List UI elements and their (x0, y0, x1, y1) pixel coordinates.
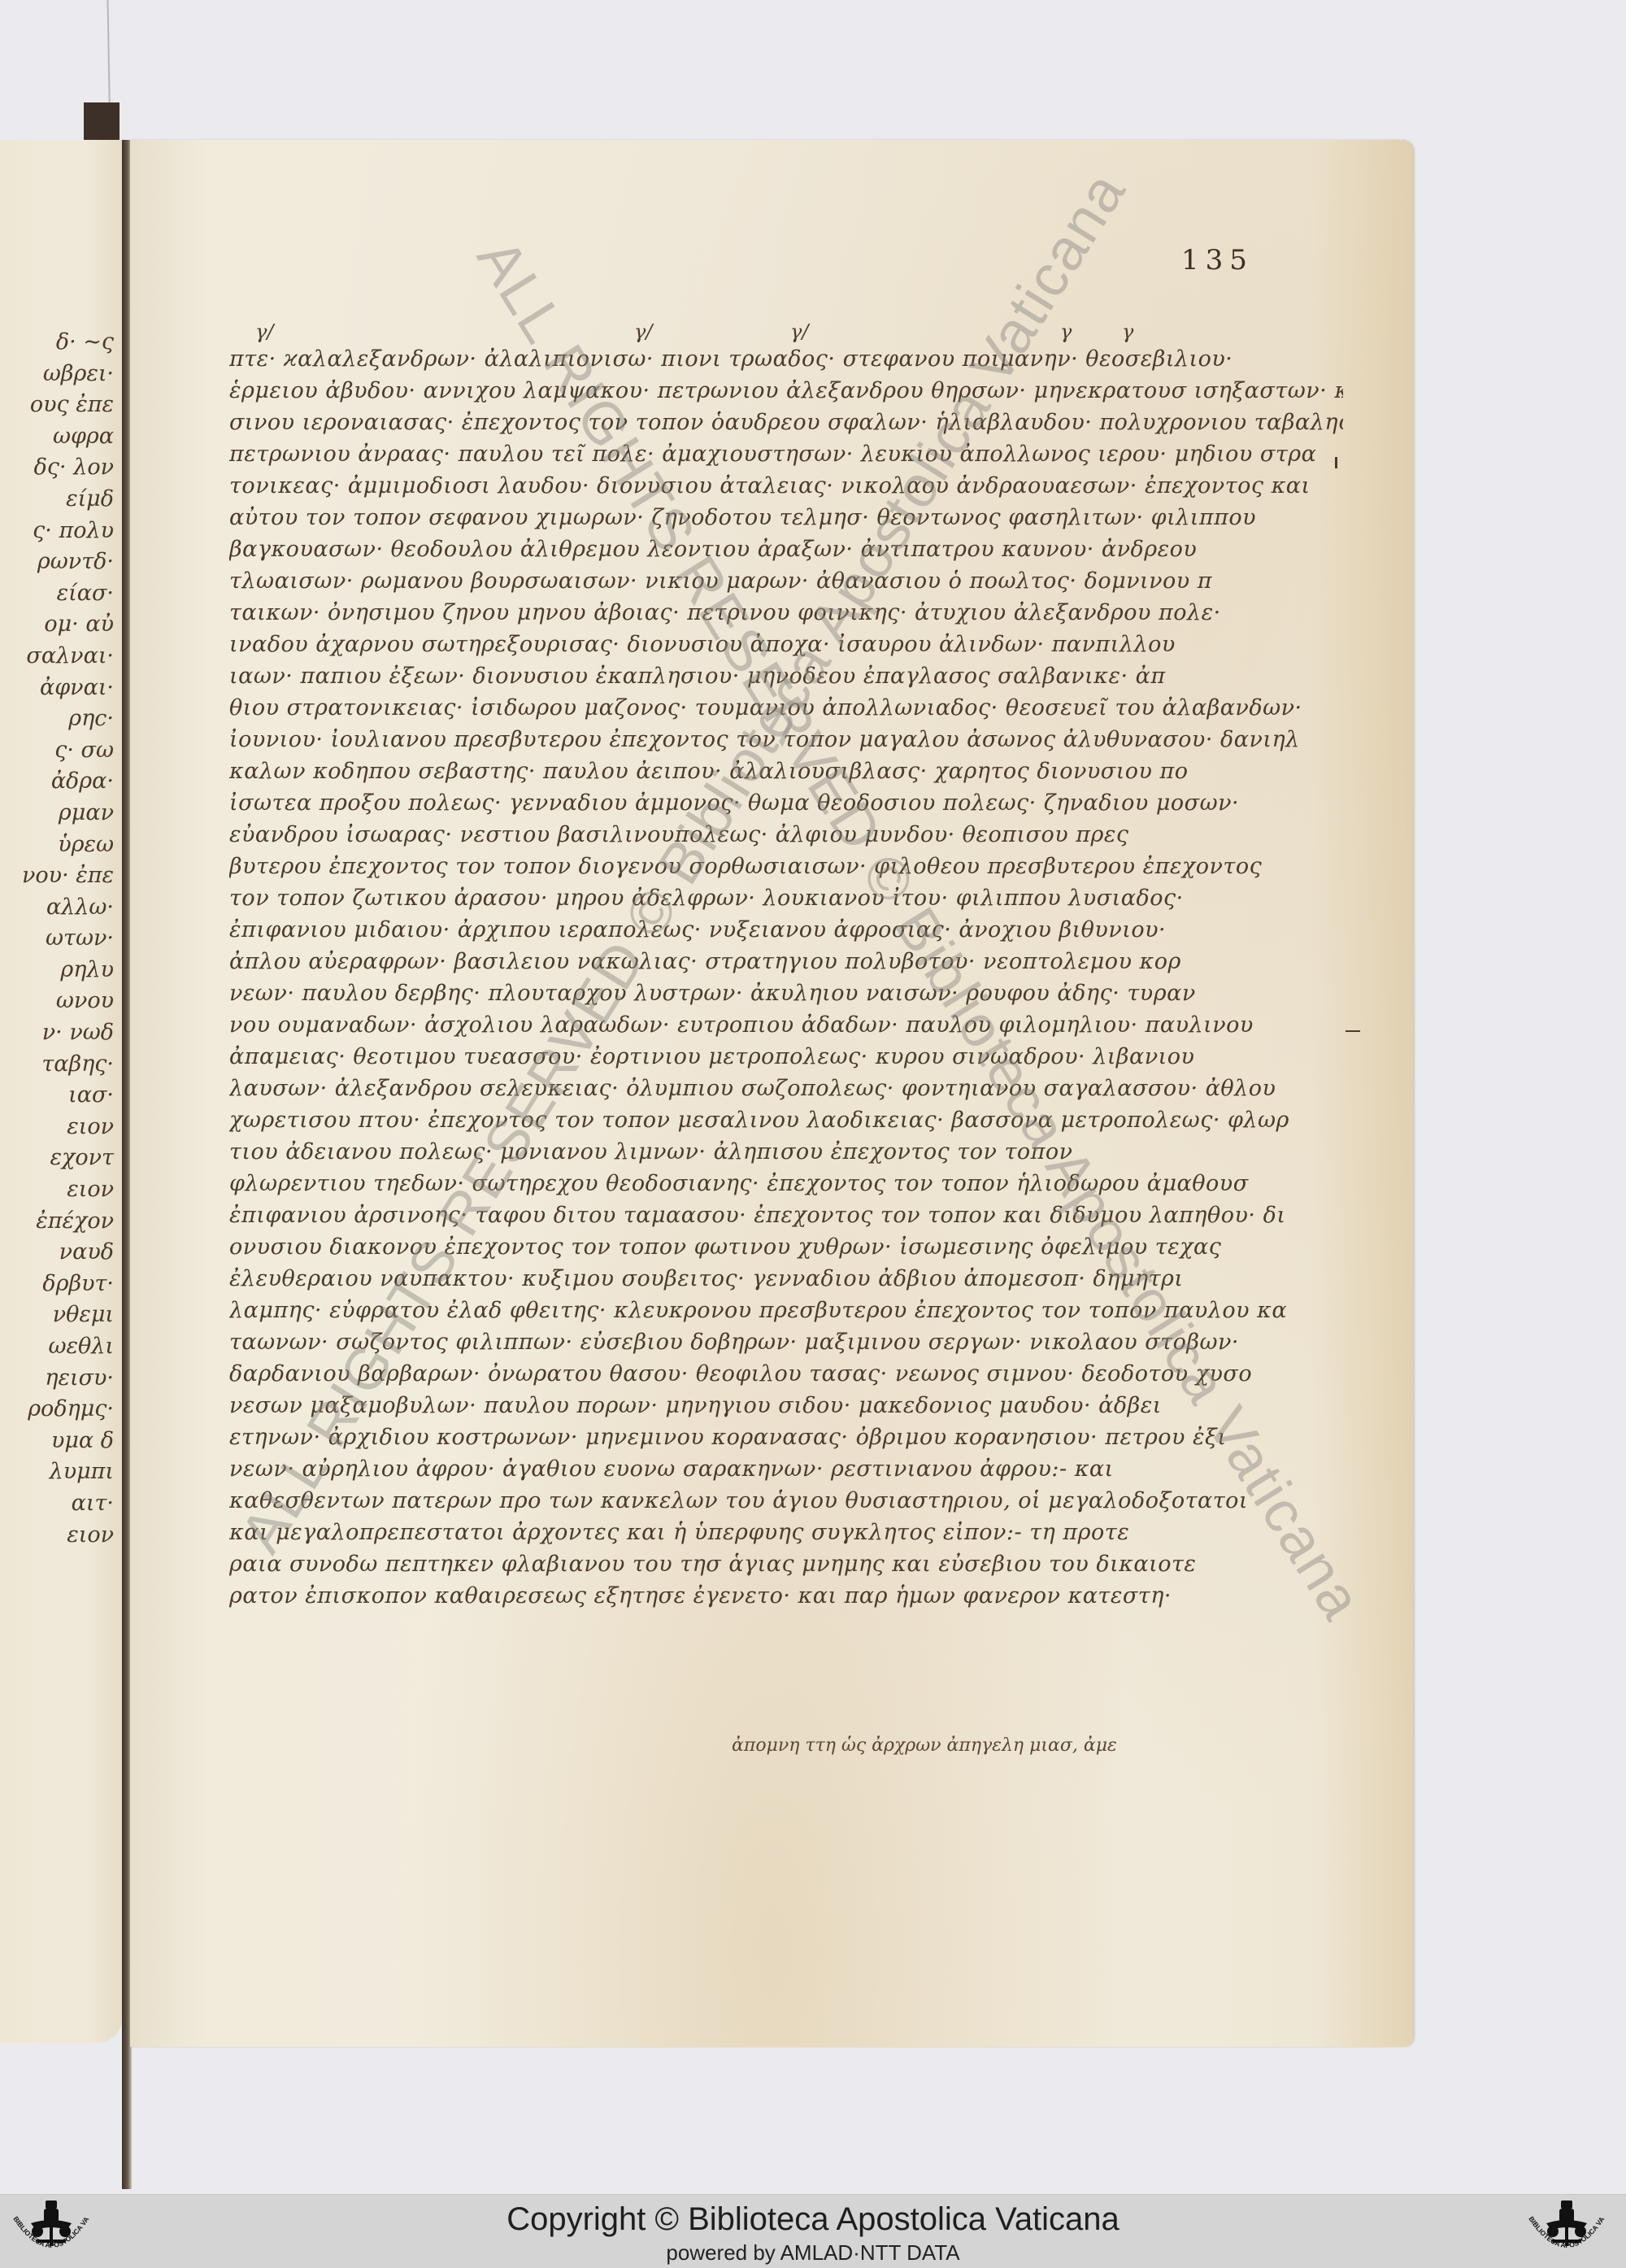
manuscript-line: τλωαισων· ρωμανου βουρσωαισων· νικιου μα… (229, 565, 1343, 597)
manuscript-line: ονυσιου διακονου ἐπεχοντος τον τοπον φωτ… (229, 1231, 1343, 1263)
manuscript-line: ἀπλου αὐεραφρων· βασιλειου νακωλιας· στρ… (229, 946, 1343, 977)
manuscript-line: και μεγαλοπρεπεστατοι ἀρχοντες και ἡ ὑπε… (229, 1517, 1343, 1548)
manuscript-line: ἐπιφανιου μιδαιου· ἀρχιπου ιεραπολεως· ν… (229, 914, 1343, 946)
manuscript-line: ἀπαμειας· θεοτιμου τυεασσου· ἐορτινιου μ… (229, 1041, 1343, 1073)
manuscript-line: ἐπιφανιου ἀρσινοης· ταφου διτου ταμαασου… (229, 1199, 1343, 1231)
verso-line-fragment: ωβρει· (0, 359, 122, 390)
manuscript-line: νεσων μαξαμοβυλων· παυλου πορων· μηνηγιο… (229, 1390, 1343, 1421)
manuscript-line: ἐλευθεραιου ναυπακτου· κυξιμου σουβειτος… (229, 1263, 1343, 1295)
manuscript-line: πτε· ϰαλαλεξανδρων· ἀλαλιπιονισω· πιονι … (229, 343, 1343, 375)
powered-by-text: powered by AMLAD·NTT DATA (0, 2240, 1626, 2266)
manuscript-line: αὐτου τον τοπον σεφανου χιμωρων· ζηνοδοτ… (229, 502, 1343, 533)
manuscript-line: νου ουμαναδων· ἀσχολιου λαραωδων· ευτροπ… (229, 1009, 1343, 1041)
manuscript-line: ιναδου ἀχαρνου σωτηρεξουρισας· διονυσιου… (229, 629, 1343, 660)
verso-line-fragment: ς· σω (0, 735, 122, 767)
manuscript-line: ρατον ἐπισκοπον καθαιρεσεως εξητησε ἐγεν… (229, 1580, 1343, 1612)
manuscript-line: λαμπης· εὐφρατου ἐλαδ φθειτης· κλευκρονο… (229, 1295, 1343, 1326)
verso-line-fragment: ειον (0, 1112, 122, 1143)
verso-line-fragment: σαλναι· (0, 641, 122, 673)
verso-line-fragment: ρμαν (0, 798, 122, 829)
verso-line-fragment: νθεμι (0, 1299, 122, 1331)
manuscript-line: λαυσων· ἀλεξανδρου σελευκειας· ὀλυμπιου … (229, 1073, 1343, 1104)
vatican-library-logo-icon: BIBLIOTECA APOSTOLICA VATICANA (1522, 2196, 1611, 2266)
verso-line-fragment: δς· λον (0, 452, 122, 484)
manuscript-line: ταωνων· σωζοντος φιλιππων· εὐσεβιου δοβη… (229, 1326, 1343, 1358)
verso-line-fragment: υμα δ (0, 1426, 122, 1457)
manuscript-line: πετρωνιου ἀνραας· παυλου τεῖ πολε· ἀμαχι… (229, 438, 1343, 470)
manuscript-line: εὐανδρου ἰσωαρας· νεστιου βασιλινουπολεω… (229, 819, 1343, 851)
verso-line-fragment: ομ· αὐ (0, 609, 122, 641)
verso-line-fragment: ταβης· (0, 1049, 122, 1081)
copyright-footer: Copyright © Biblioteca Apostolica Vatica… (0, 2194, 1626, 2268)
verso-line-fragment: ἀδρα· (0, 766, 122, 798)
verso-line-fragment: δ· ~ς (0, 327, 122, 359)
verso-line-fragment: ροδημς· (0, 1394, 122, 1426)
folio-number: 135 (1181, 244, 1254, 276)
manuscript-line: νεων· αὐρηλιου ἀφρου· ἀγαθιου ευονω σαρα… (229, 1453, 1343, 1485)
verso-line-fragment: ρωντδ· (0, 546, 122, 578)
verso-line-fragment: ωτων· (0, 923, 122, 955)
superscript-mark: γ (1122, 320, 1133, 343)
verso-line-fragment: ναυδ (0, 1237, 122, 1269)
manuscript-line: δαρδανιου βαρβαρων· ὀνωρατου θασου· θεοφ… (229, 1358, 1343, 1390)
manuscript-line: καθεσθεντων πατερων προ των κανκελων του… (229, 1485, 1343, 1517)
manuscript-line: ἑρμειου ἀβυδου· αννιχου λαμψακου· πετρων… (229, 375, 1343, 407)
manuscript-line: ιαων· παπιου ἐξεων· διονυσιου ἐκαπλησιου… (229, 660, 1343, 692)
verso-line-fragment: δρβυτ· (0, 1269, 122, 1300)
vatican-library-logo-icon: BIBLIOTECA APOSTOLICA VATICANA (7, 2196, 96, 2266)
verso-line-fragment: ωεθλι (0, 1331, 122, 1363)
verso-line-fragment: ηεισυ· (0, 1363, 122, 1395)
verso-line-fragment: αλλω· (0, 892, 122, 924)
interlinear-superscripts: γ/ γ/ γ/ γ γ (229, 320, 1343, 343)
manuscript-line: ταικων· ὀνησιμου ζηνου μηνου ἀβοιας· πετ… (229, 597, 1343, 629)
verso-line-fragment: λυμπι (0, 1456, 122, 1488)
verso-line-fragment: ς· πολυ (0, 516, 122, 547)
manuscript-line: φλωρεντιου τηεδων· σωτηρεχου θεοδοσιανης… (229, 1168, 1343, 1199)
manuscript-line: βαγκουασων· θεοδουλου ἀλιθρεμου λεοντιου… (229, 533, 1343, 565)
manuscript-line: βυτερου ἐπεχοντος τον τοπον διογενου σορ… (229, 851, 1343, 882)
verso-line-fragment: ἀφναι· (0, 673, 122, 704)
manuscript-line: τιου ἀδειανου πολεως· μονιανου λιμνων· ἀ… (229, 1136, 1343, 1168)
manuscript-line: ετηνων· ἀρχιδιου κοστρωνων· μηνεμινου κο… (229, 1421, 1343, 1453)
manuscript-line: τον τοπον ζωτικου ἀρασου· μηρου ἀδελφρων… (229, 882, 1343, 914)
verso-line-fragment: είμδ (0, 484, 122, 516)
verso-line-fragment: είασ· (0, 578, 122, 610)
manuscript-line: χωρετισου πτου· ἐπεχοντος τον τοπον μεσα… (229, 1104, 1343, 1136)
manuscript-line: ἰσωτεα προξου πολεως· γενναδιου ἀμμονος·… (229, 787, 1343, 819)
manuscript-viewer[interactable]: δ· ~ςωβρει·ους ἐπεωφραδς· λονείμδς· πολυ… (0, 0, 1626, 2196)
superscript-mark: γ/ (255, 320, 273, 343)
verso-line-fragment: ωνου (0, 986, 122, 1017)
copyright-text: Copyright © Biblioteca Apostolica Vatica… (0, 2201, 1626, 2238)
verso-line-fragment: ωφρα (0, 421, 122, 453)
manuscript-line: θιου στρατονικειας· ἰσιδωρου μαζονος· το… (229, 692, 1343, 724)
verso-line-fragment: ους ἐπε (0, 390, 122, 421)
verso-page-fragment: δ· ~ςωβρει·ους ἐπεωφραδς· λονείμδς· πολυ… (0, 140, 122, 2043)
manuscript-line: σινου ιεροναιασας· ἐπεχοντος τον τοπον ὁ… (229, 407, 1343, 438)
verso-line-fragment: νου· ἐπε (0, 860, 122, 892)
manuscript-line: ἰουνιου· ἰουλιανου πρεσβυτερου ἐπεχοντος… (229, 724, 1343, 755)
verso-line-fragment: αιτ· (0, 1488, 122, 1520)
verso-line-fragment: ὑρεω (0, 829, 122, 861)
colophon-line: ἀπομνη ττη ὡς ἀρχρων ἀπηγελη μιασ, ἀμε (732, 1735, 1117, 1756)
margin-mark (1335, 457, 1337, 468)
verso-line-fragment: ρηλυ (0, 955, 122, 986)
verso-line-fragment: εχοντ (0, 1143, 122, 1174)
margin-mark (1346, 1030, 1360, 1032)
verso-text-lines: δ· ~ςωβρει·ους ἐπεωφραδς· λονείμδς· πολυ… (0, 327, 122, 1551)
spine-tab (84, 102, 120, 140)
manuscript-text-block: πτε· ϰαλαλεξανδρων· ἀλαλιπιονισω· πιονι … (229, 343, 1343, 1612)
verso-line-fragment: ρηc· (0, 703, 122, 735)
superscript-mark: γ/ (634, 320, 652, 343)
manuscript-line: καλων κοδηπου σεβαστης· παυλου ἀειπου· ἀ… (229, 755, 1343, 787)
verso-line-fragment: ειον (0, 1520, 122, 1552)
manuscript-line: ραια συνοδω πεπτηκεν φλαβιανου του τησ ἁ… (229, 1548, 1343, 1580)
verso-line-fragment: ειον (0, 1174, 122, 1206)
manuscript-line: νεων· παυλου δερβης· πλουταρχου λυστρων·… (229, 977, 1343, 1009)
verso-line-fragment: ἐπέχον (0, 1206, 122, 1238)
verso-line-fragment: ν· νωδ (0, 1017, 122, 1049)
recto-page: 135 γ/ γ/ γ/ γ γ πτε· ϰαλαλεξανδρων· ἀλα… (130, 140, 1413, 2047)
verso-line-fragment: ιασ· (0, 1080, 122, 1112)
superscript-mark: γ/ (790, 320, 808, 343)
superscript-mark: γ (1060, 320, 1072, 343)
manuscript-line: τονικεας· ἀμμιμοδιοσι λαυδου· διονυσιου … (229, 470, 1343, 502)
